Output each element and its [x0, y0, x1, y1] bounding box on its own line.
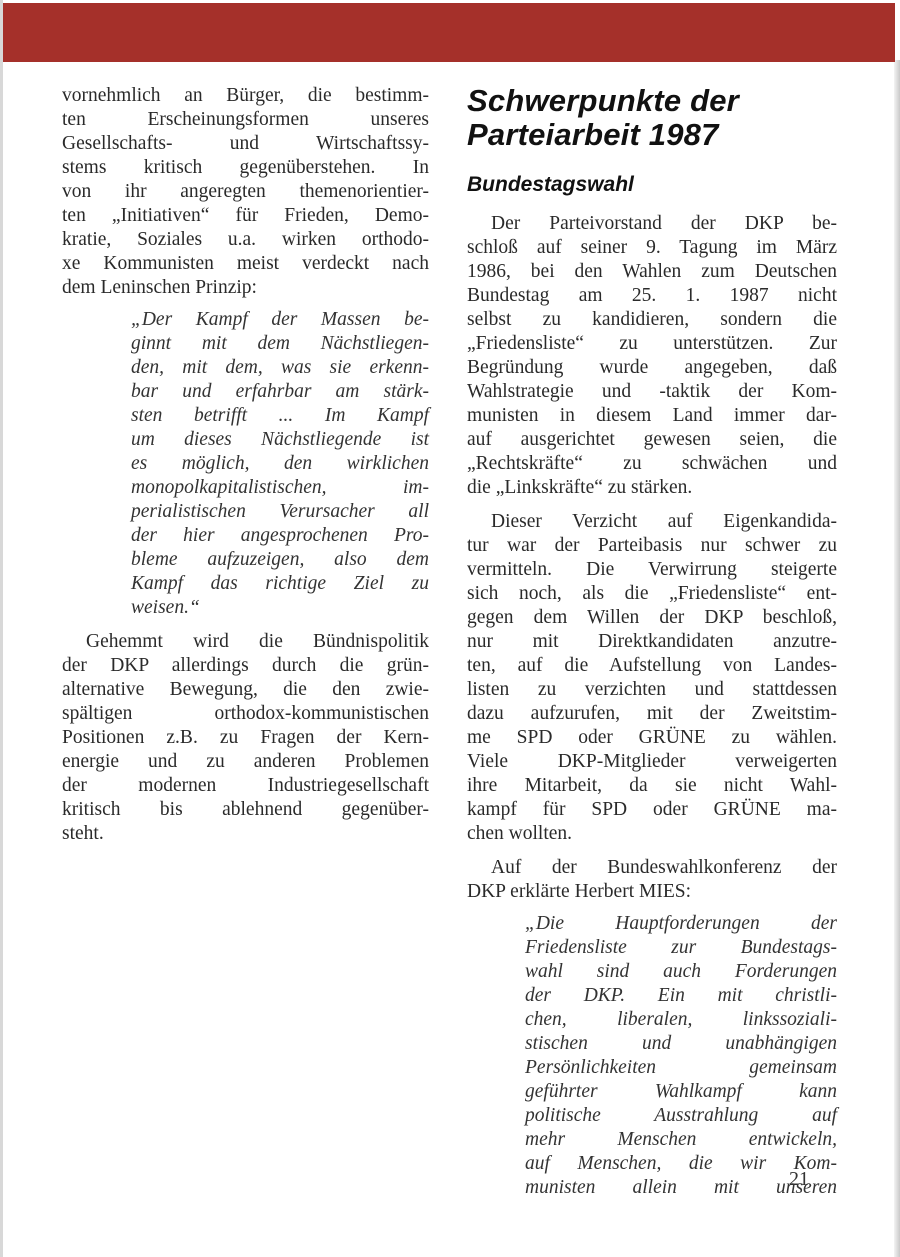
text-line: von ihr angeregten themenorientier- [62, 180, 429, 204]
paragraph-gap [467, 500, 837, 510]
quote-line: bar und erfahrbar am stärk- [131, 380, 429, 404]
text-line: kampf für SPD oder GRÜNE ma- [467, 798, 837, 822]
text-line: nur mit Direktkandidaten anzutre- [467, 630, 837, 654]
text-line: schloß auf seiner 9. Tagung im März [467, 236, 837, 260]
text-line: alternative Bewegung, die den zwie- [62, 678, 429, 702]
text-line: 1986, bei den Wahlen zum Deutschen [467, 260, 837, 284]
text-line: sich noch, als die „Friedensliste“ ent- [467, 582, 837, 606]
right-paragraph-2: Dieser Verzicht auf Eigenkandida- tur wa… [467, 510, 837, 846]
text-line: chen wollten. [467, 822, 837, 846]
quote-line: den, mit dem, was sie erkenn- [131, 356, 429, 380]
right-paragraph-1: Der Parteivorstand der DKP be- schloß au… [467, 212, 837, 500]
quote-line: „Die Hauptforderungen der [525, 912, 837, 936]
quote-line: Kampf das richtige Ziel zu [131, 572, 429, 596]
quote-line: wahl sind auch Forderungen [525, 960, 837, 984]
left-column: vornehmlich an Bürger, die bestimm- ten … [62, 84, 429, 846]
quote-line: politische Ausstrahlung auf [525, 1104, 837, 1128]
subsection-heading: Bundestagswahl [467, 172, 837, 198]
text-line: der DKP allerdings durch die grün- [62, 654, 429, 678]
quote-line: stischen und unabhängigen [525, 1032, 837, 1056]
text-line: die „Linkskräfte“ zu stärken. [467, 476, 837, 500]
right-quote-block: „Die Hauptforderungen der Friedensliste … [525, 912, 837, 1200]
text-line: Begründung wurde angegeben, daß [467, 356, 837, 380]
text-line: ihre Mitarbeit, da sie nicht Wahl- [467, 774, 837, 798]
page-number: 21 [789, 1168, 809, 1191]
text-line: vornehmlich an Bürger, die bestimm- [62, 84, 429, 108]
text-line: munisten in diesem Land immer dar- [467, 404, 837, 428]
quote-line: bleme aufzuzeigen, also dem [131, 548, 429, 572]
header-color-band [3, 3, 895, 62]
text-line: spältigen orthodox-kommunistischen [62, 702, 429, 726]
left-paragraph-1: vornehmlich an Bürger, die bestimm- ten … [62, 84, 429, 300]
page-edge-left [0, 0, 3, 1257]
text-line: Gesellschafts- und Wirtschaftssy- [62, 132, 429, 156]
left-quote-block: „Der Kampf der Massen be- ginnt mit dem … [131, 308, 429, 620]
text-line: gegen dem Willen der DKP beschloß, [467, 606, 837, 630]
quote-line: der DKP. Ein mit christli- [525, 984, 837, 1008]
text-line: listen zu verzichten und stattdessen [467, 678, 837, 702]
text-line: Bundestag am 25. 1. 1987 nicht [467, 284, 837, 308]
text-line: dazu aufzurufen, mit der Zweitstim- [467, 702, 837, 726]
text-line: ten „Initiativen“ für Frieden, Demo- [62, 204, 429, 228]
text-line: Wahlstrategie und -taktik der Kom- [467, 380, 837, 404]
text-line: stems kritisch gegenüberstehen. In [62, 156, 429, 180]
text-line: Auf der Bundeswahlkonferenz der [467, 856, 837, 880]
text-line: steht. [62, 822, 429, 846]
quote-line: Persönlichkeiten gemeinsam [525, 1056, 837, 1080]
text-line: ten, auf die Aufstellung von Landes- [467, 654, 837, 678]
text-line: xe Kommunisten meist verdeckt nach [62, 252, 429, 276]
text-line: Dieser Verzicht auf Eigenkandida- [467, 510, 837, 534]
text-line: Viele DKP-Mitglieder verweigerten [467, 750, 837, 774]
left-paragraph-2: Gehemmt wird die Bündnispolitik der DKP … [62, 630, 429, 846]
page-edge-right [894, 60, 900, 1257]
quote-line: weisen.“ [131, 596, 429, 620]
quote-line: chen, liberalen, linkssoziali- [525, 1008, 837, 1032]
text-line: kratie, Soziales u.a. wirken orthodo- [62, 228, 429, 252]
section-heading: Schwerpunkte der Parteiarbeit 1987 [467, 84, 837, 152]
text-line: kritisch bis ablehnend gegenüber- [62, 798, 429, 822]
quote-line: der hier angesprochenen Pro- [131, 524, 429, 548]
quote-line: Friedensliste zur Bundestags- [525, 936, 837, 960]
text-line: Gehemmt wird die Bündnispolitik [62, 630, 429, 654]
quote-line: „Der Kampf der Massen be- [131, 308, 429, 332]
text-line: DKP erklärte Herbert MIES: [467, 880, 837, 904]
text-line: „Rechtskräfte“ zu schwächen und [467, 452, 837, 476]
quote-line: mehr Menschen entwickeln, [525, 1128, 837, 1152]
text-line: energie und zu anderen Problemen [62, 750, 429, 774]
right-column: Schwerpunkte der Parteiarbeit 1987 Bunde… [467, 84, 837, 1210]
quote-line: es möglich, den wirklichen [131, 452, 429, 476]
text-line: Positionen z.B. zu Fragen der Kern- [62, 726, 429, 750]
heading-line: Parteiarbeit 1987 [467, 118, 837, 152]
text-line: der modernen Industriegesellschaft [62, 774, 429, 798]
quote-line: monopolkapitalistischen, im- [131, 476, 429, 500]
right-paragraph-3: Auf der Bundeswahlkonferenz der DKP erkl… [467, 856, 837, 904]
paragraph-gap [467, 846, 837, 856]
text-line: Der Parteivorstand der DKP be- [467, 212, 837, 236]
text-line: vermitteln. Die Verwirrung steigerte [467, 558, 837, 582]
text-line: tur war der Parteibasis nur schwer zu [467, 534, 837, 558]
quote-line: ginnt mit dem Nächstliegen- [131, 332, 429, 356]
text-line: dem Leninschen Prinzip: [62, 276, 429, 300]
quote-line: um dieses Nächstliegende ist [131, 428, 429, 452]
quote-line: perialistischen Verursacher all [131, 500, 429, 524]
quote-line: sten betrifft ... Im Kampf [131, 404, 429, 428]
text-line: me SPD oder GRÜNE zu wählen. [467, 726, 837, 750]
text-line: ten Erscheinungsformen unseres [62, 108, 429, 132]
text-line: selbst zu kandidieren, sondern die [467, 308, 837, 332]
text-line: „Friedensliste“ zu unterstützen. Zur [467, 332, 837, 356]
heading-line: Schwerpunkte der [467, 84, 837, 118]
quote-line: geführter Wahlkampf kann [525, 1080, 837, 1104]
text-line: auf ausgerichtet gewesen seien, die [467, 428, 837, 452]
